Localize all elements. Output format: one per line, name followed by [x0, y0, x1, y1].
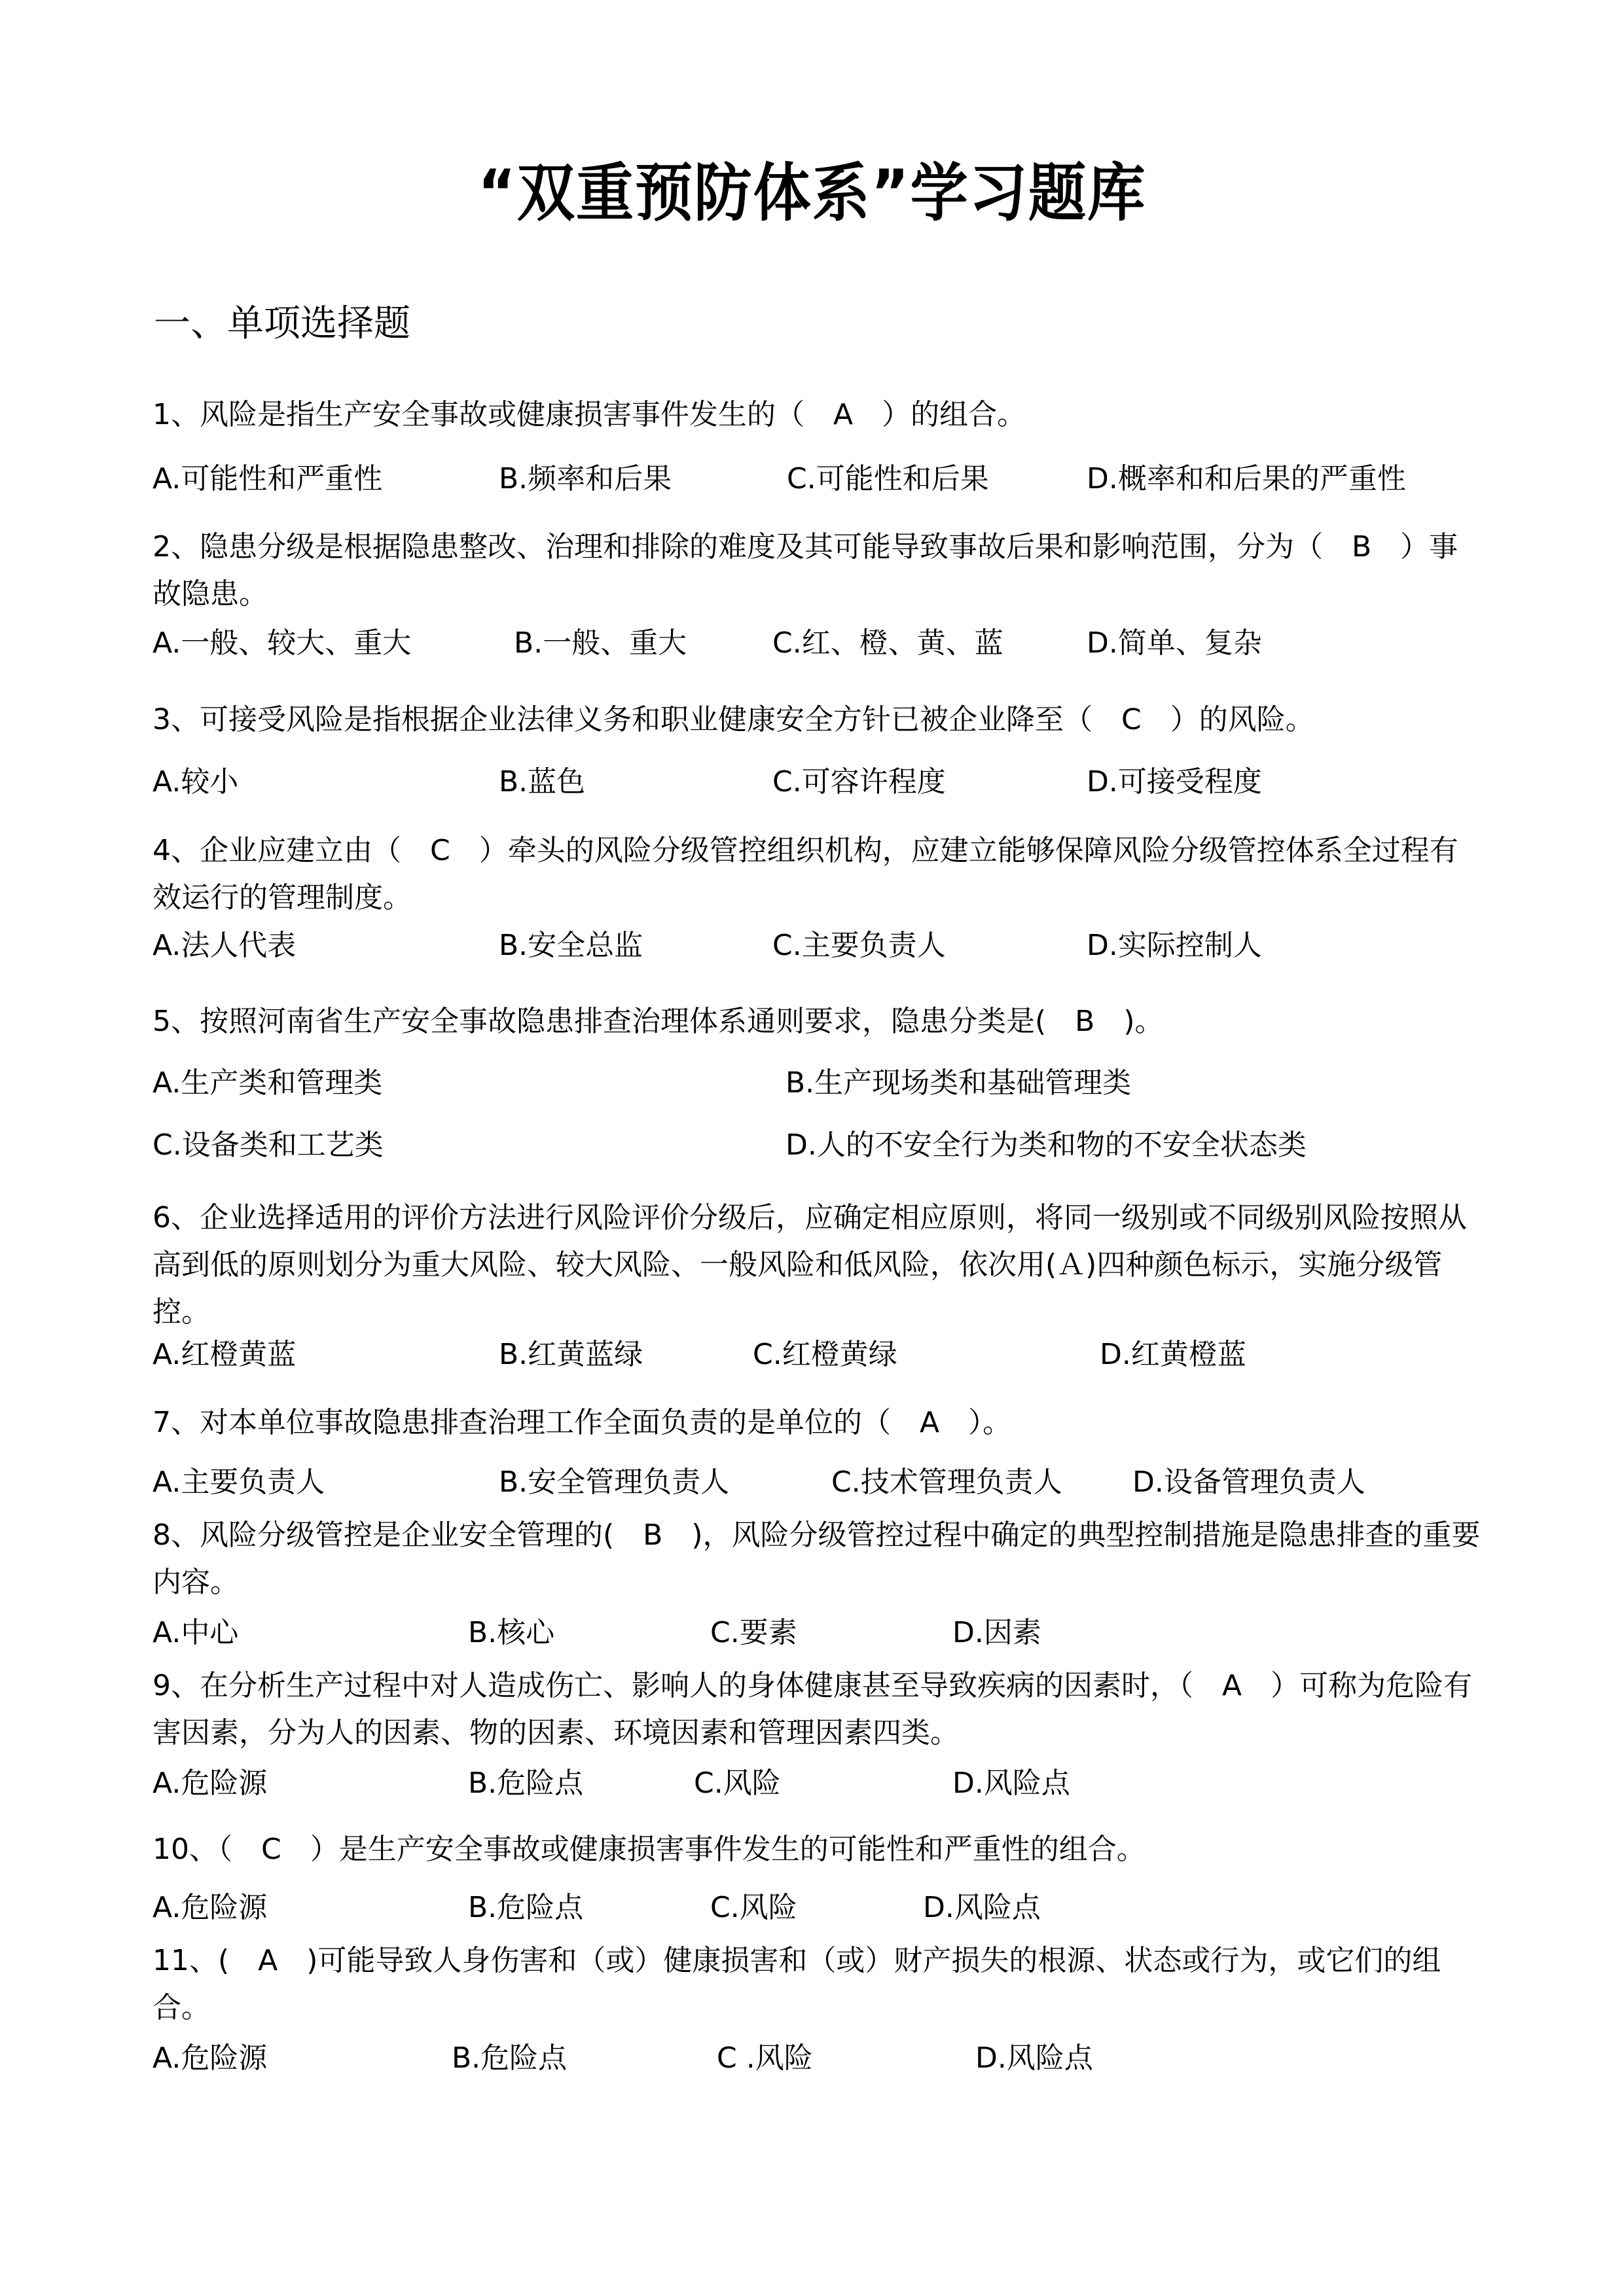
document-title: “双重预防体系”学习题库	[65, 147, 1559, 239]
option-c: C .风险	[717, 2039, 813, 2078]
option-b: B.危险点	[468, 1888, 583, 1928]
option-a: A.红橙黄蓝	[153, 1335, 296, 1374]
option-b: B.红黄蓝绿	[499, 1335, 643, 1374]
question-stem: 8、风险分级管控是企业安全管理的( B )，风险分级管控过程中确定的典型控制措施…	[153, 1512, 1481, 1606]
option-c: C.可能性和后果	[787, 459, 989, 499]
option-d: D.概率和和后果的严重性	[1087, 459, 1406, 499]
option-b: B.核心	[468, 1613, 554, 1653]
question-stem: 10、（ C ）是生产安全事故或健康损害事件发生的可能性和严重性的组合。	[153, 1826, 1481, 1873]
option-a: A.危险源	[153, 2039, 267, 2078]
option-a: A.危险源	[153, 1888, 267, 1928]
option-d: D.设备管理负责人	[1132, 1463, 1365, 1502]
option-b: B.安全管理负责人	[499, 1463, 729, 1502]
option-d: D.风险点	[952, 1764, 1070, 1803]
question-stem: 5、按照河南省生产安全事故隐患排查治理体系通则要求，隐患分类是( B )。	[153, 998, 1481, 1045]
option-b: B.蓝色	[499, 762, 585, 802]
option-d: D.实际控制人	[1087, 926, 1262, 965]
document-page: “双重预防体系”学习题库 一、单项选择题 1、风险是指生产安全事故或健康损害事件…	[0, 0, 1624, 2296]
option-c: C.风险	[710, 1888, 797, 1928]
option-c: C.红、橙、黄、蓝	[772, 624, 1003, 663]
option-c: C.风险	[694, 1764, 781, 1803]
option-c: C.技术管理负责人	[831, 1463, 1062, 1502]
option-d: D.红黄橙蓝	[1100, 1335, 1246, 1374]
option-d: D.人的不安全行为类和物的不安全状态类	[785, 1126, 1307, 1165]
question-stem: 9、在分析生产过程中对人造成伤亡、影响人的身体健康甚至导致疾病的因素时，（ A …	[153, 1662, 1481, 1757]
option-c: C.要素	[710, 1613, 797, 1653]
option-d: D.可接受程度	[1087, 762, 1262, 802]
question-stem: 4、企业应建立由（ C ）牵头的风险分级管控组织机构，应建立能够保障风险分级管控…	[153, 827, 1481, 922]
question-stem: 6、企业选择适用的评价方法进行风险评价分级后，应确定相应原则，将同一级别或不同级…	[153, 1194, 1481, 1336]
option-a: A.一般、较大、重大	[153, 624, 411, 663]
option-a: A.危险源	[153, 1764, 267, 1803]
option-a: A.较小	[153, 762, 238, 802]
question-stem: 2、隐患分级是根据隐患整改、治理和排除的难度及其可能导致事故后果和影响范围，分为…	[153, 524, 1481, 618]
option-d: D.因素	[952, 1613, 1041, 1653]
option-d: D.风险点	[923, 1888, 1041, 1928]
option-b: B.频率和后果	[499, 459, 672, 499]
section-heading: 一、单项选择题	[154, 298, 410, 350]
option-a: A.主要负责人	[153, 1463, 325, 1502]
option-b: B.危险点	[468, 1764, 583, 1803]
question-stem: 11、( A )可能导致人身伤害和（或）健康损害和（或）财产损失的根源、状态或行…	[153, 1937, 1481, 2032]
option-b: B.生产现场类和基础管理类	[785, 1064, 1131, 1103]
option-c: C.主要负责人	[772, 926, 946, 965]
question-stem: 3、可接受风险是指根据企业法律义务和职业健康安全方针已被企业降至（ C ）的风险…	[153, 696, 1481, 744]
option-d: D.风险点	[975, 2039, 1093, 2078]
option-d: D.简单、复杂	[1087, 624, 1262, 663]
question-stem: 7、对本单位事故隐患排查治理工作全面负责的是单位的（ A ）。	[153, 1399, 1481, 1446]
option-a: A.生产类和管理类	[153, 1064, 382, 1103]
option-b: B.一般、重大	[514, 624, 687, 663]
option-a: A.法人代表	[153, 926, 296, 965]
option-a: A.中心	[153, 1613, 238, 1653]
option-c: C.设备类和工艺类	[153, 1126, 384, 1165]
question-stem: 1、风险是指生产安全事故或健康损害事件发生的（ A ）的组合。	[153, 391, 1481, 439]
option-b: B.安全总监	[499, 926, 643, 965]
option-a: A.可能性和严重性	[153, 459, 382, 499]
option-c: C.可容许程度	[772, 762, 946, 802]
option-b: B.危险点	[452, 2039, 567, 2078]
option-c: C.红橙黄绿	[753, 1335, 897, 1374]
